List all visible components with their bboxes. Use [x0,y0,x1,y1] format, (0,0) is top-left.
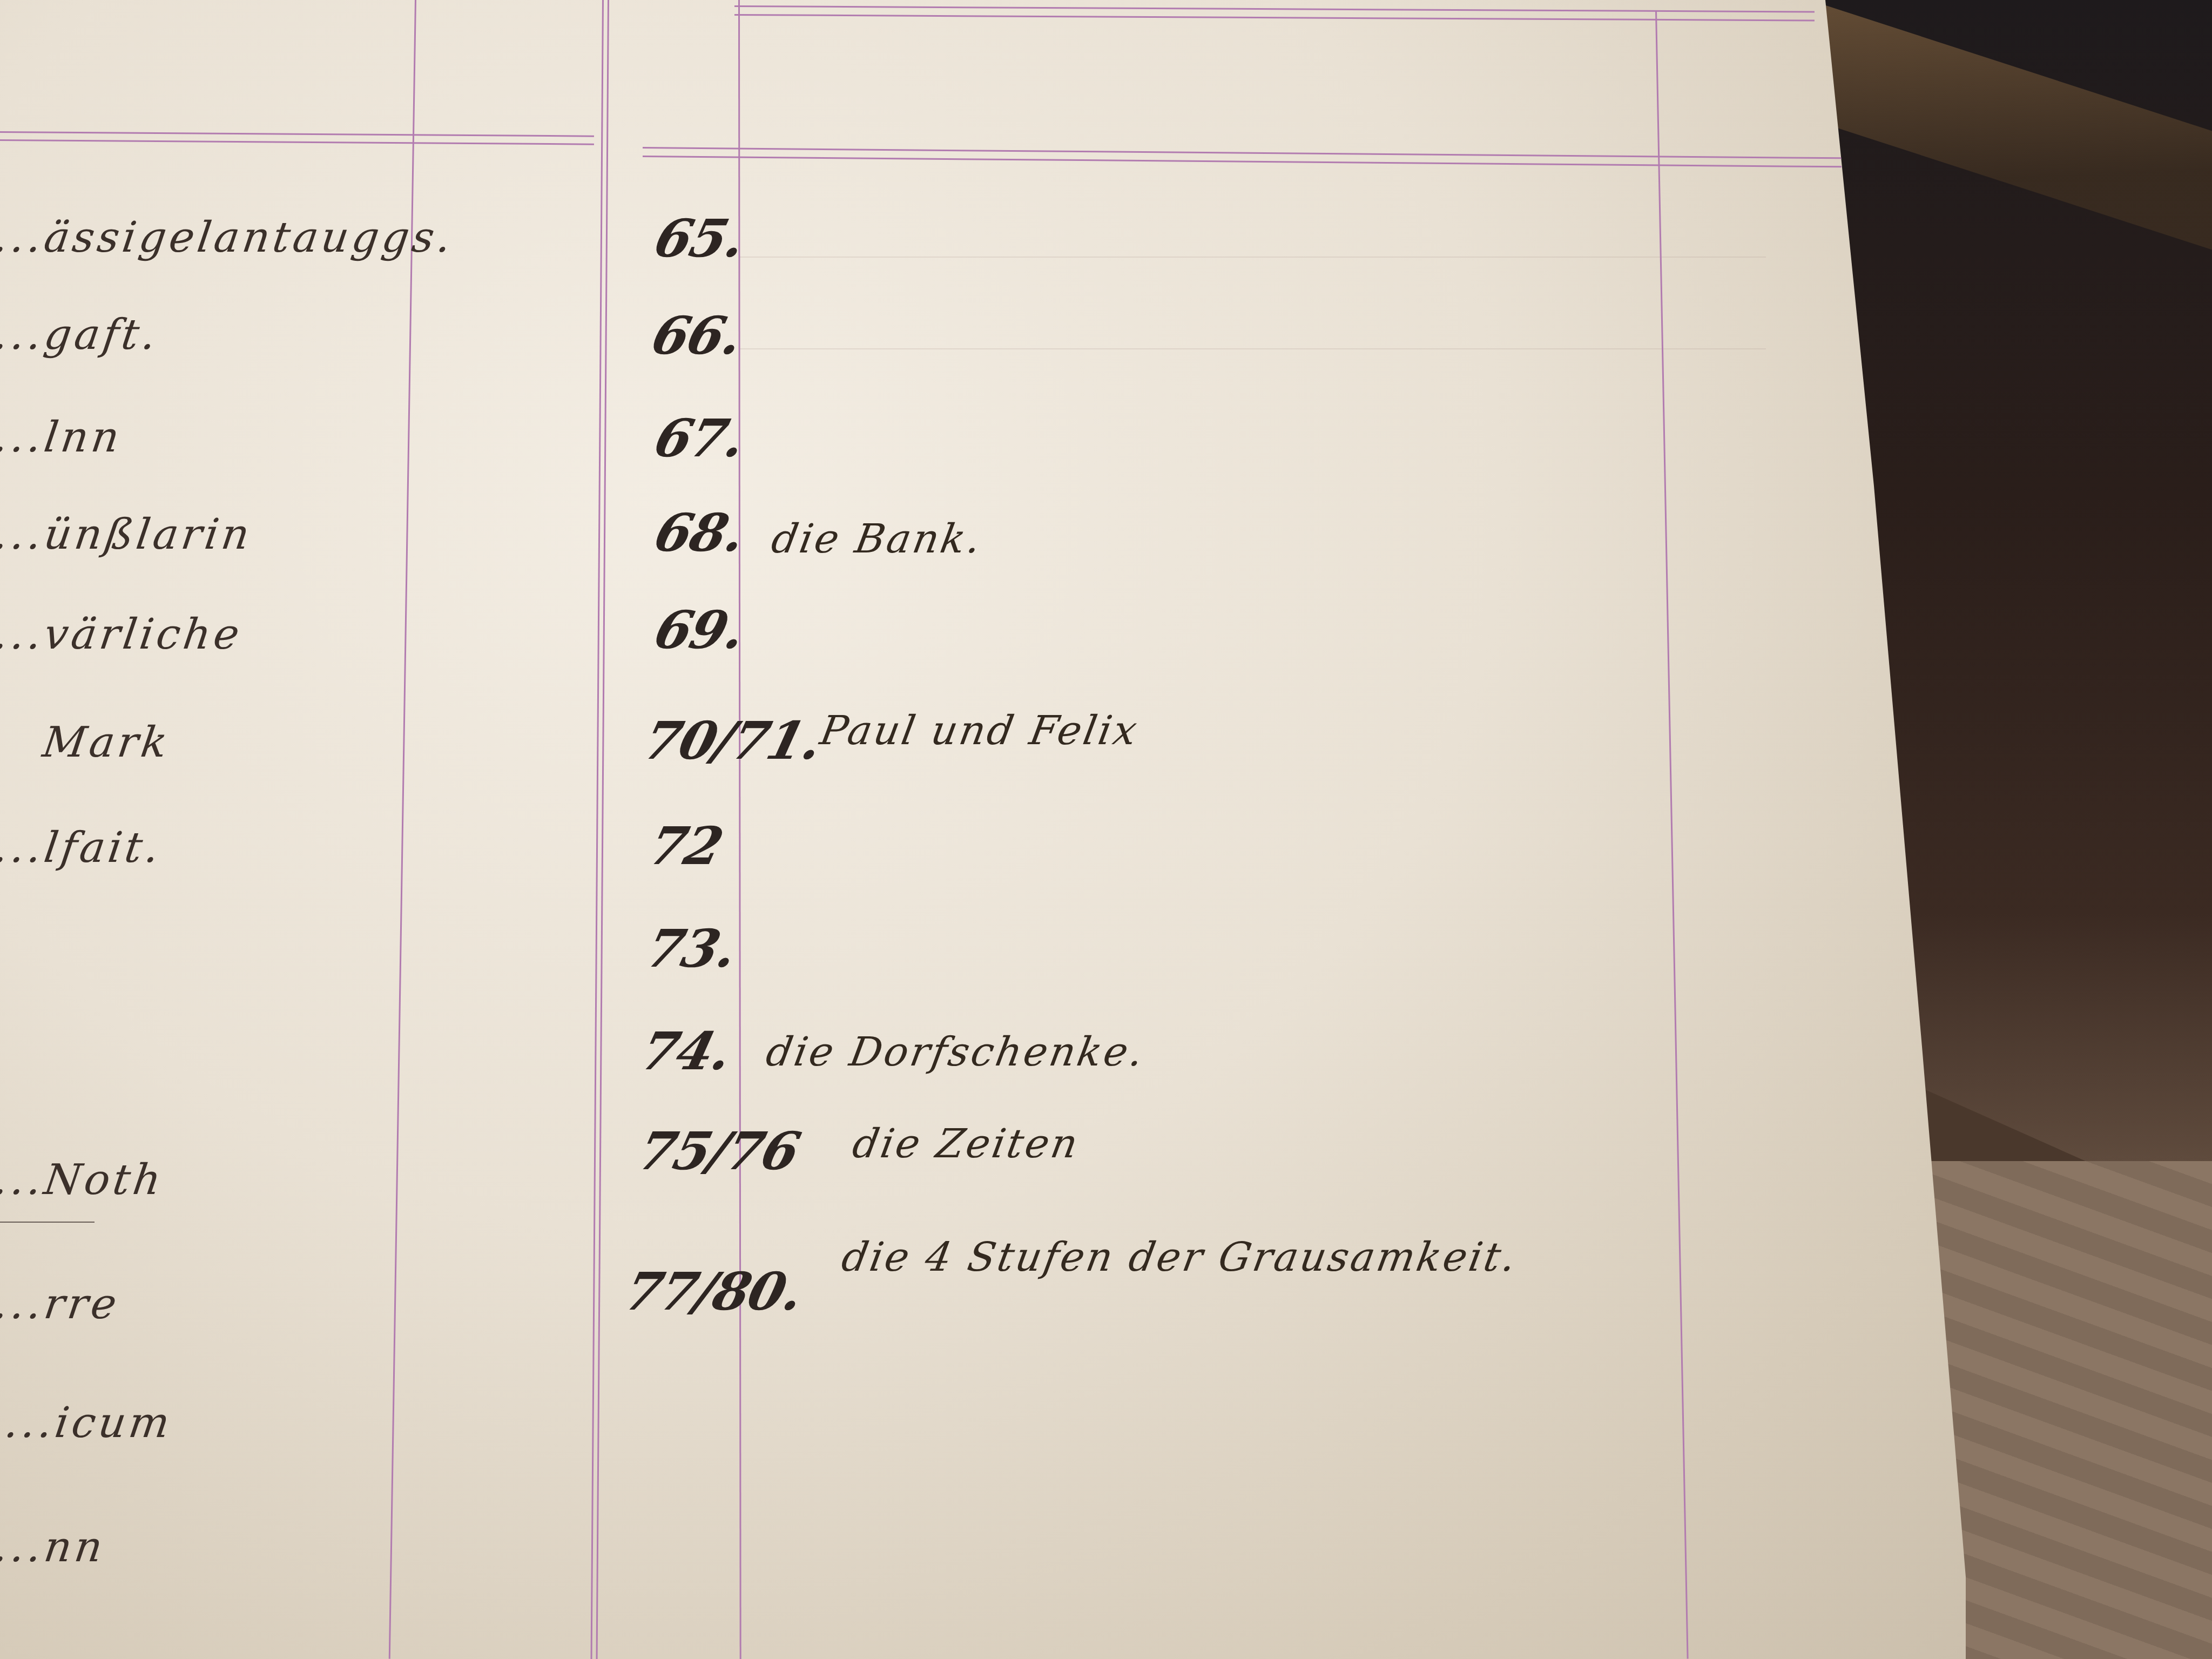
entry-number-77-80: 77/80. [619,1261,809,1322]
entry-number-72: 72 [643,815,729,876]
left-fragment-6: Mark [40,718,174,767]
entry-text-70-71: Paul und Felix [817,707,1142,754]
left-fragment-9: ...rre [0,1280,123,1328]
left-fragment-4: ...ünßlarin [0,510,255,559]
left-fragment-7: ...lfait. [0,824,165,872]
left-fragment-10: ...icum [2,1399,176,1447]
pencil-underline [0,1222,95,1223]
column-rule-4 [1655,11,1689,1658]
left-fragment-3: ...lnn [0,413,125,462]
entry-text-68: die Bank. [768,516,986,562]
left-fragment-2: ...gaft. [0,311,162,359]
entry-text-74: die Dorfschenke. [763,1029,1149,1075]
top-rule-right-2 [734,14,1815,21]
entry-number-68: 68. [649,502,751,563]
entry-number-69: 69. [649,599,751,660]
entry-number-65: 65. [649,208,751,269]
entry-number-74: 74. [635,1021,737,1082]
header-rule-left-top [0,131,594,137]
faint-line [740,348,1766,349]
ledger-page: ...ässigelantauggs. ...gaft. ...lnn ...ü… [0,0,1966,1659]
left-fragment-11: ...nn [0,1523,109,1572]
entry-number-67: 67. [649,408,751,469]
left-fragment-8: ...Noth [0,1156,167,1204]
left-fragment-1: ...ässigelantauggs. [0,213,457,262]
entry-text-75-76: die Zeiten [849,1121,1083,1167]
entry-text-77-80: die 4 Stufen der Grausamkeit. [838,1234,1521,1280]
top-rule-right [734,5,1815,12]
entry-number-75-76: 75/76 [632,1121,805,1182]
entry-number-73: 73. [640,918,743,979]
entry-number-70-71: 70/71. [638,710,828,771]
faint-line [740,257,1766,258]
left-fragment-5: ...värliche [0,610,246,659]
entry-number-66: 66. [646,305,748,366]
header-rule-left-bottom [0,139,594,145]
